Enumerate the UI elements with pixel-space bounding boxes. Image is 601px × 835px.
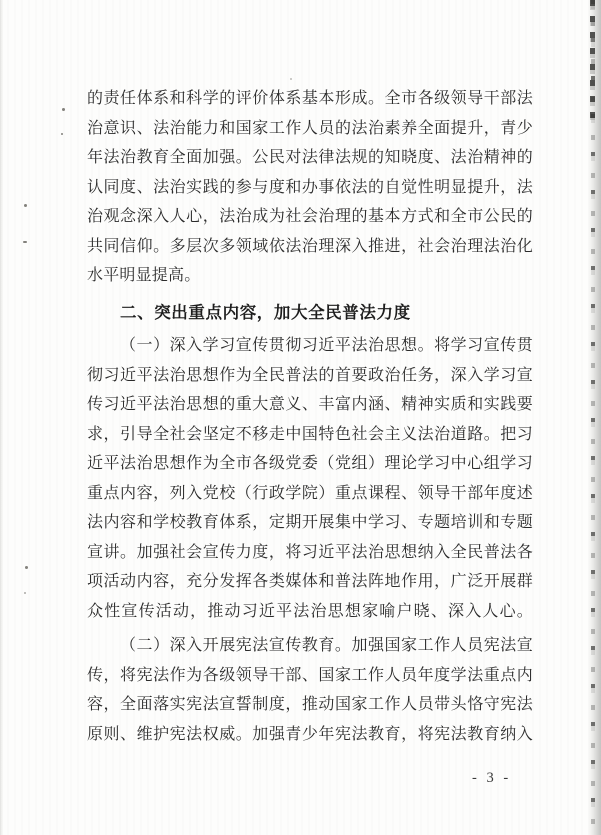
paragraph-item-1: （一）深入学习宣传贯彻习近平法治思想。将学习宣传贯彻习近平法治思想作为全民普法的…: [87, 331, 533, 626]
scan-speck: [61, 133, 63, 135]
text-line: （一）深入学习宣传贯彻习近平法治思想。将学习宣传贯: [87, 331, 533, 361]
text-line: 众性宣传活动，推动习近平法治思想家喻户晓、深入人心。: [87, 597, 533, 627]
scan-speck: [62, 108, 65, 111]
scan-edge-right: [588, 0, 601, 835]
text-line: （二）深入开展宪法宣传教育。加强国家工作人员宪法宣: [87, 631, 533, 661]
text-line: 共同信仰。多层次多领域依法治理深入推进，社会治理法治化: [87, 232, 533, 262]
text-line: 求，引导全社会坚定不移走中国特色社会主义法治道路。把习: [87, 420, 533, 450]
text-line: 宣讲。加强社会宣传力度，将习近平法治思想纳入全民普法各: [87, 538, 533, 568]
scan-speck: [24, 204, 27, 207]
scan-edge-dashes: [591, 0, 595, 835]
text-line: 重点内容，列入党校（行政学院）重点课程、领导干部年度述: [87, 479, 533, 509]
scan-speck: [23, 241, 27, 243]
text-line: 传习近平法治思想的重大意义、丰富内涵、精神实质和实践要: [87, 390, 533, 420]
text-line: 年法治教育全面加强。公民对法律法规的知晓度、法治精神的: [87, 143, 533, 173]
text-line: 的责任体系和科学的评价体系基本形成。全市各级领导干部法: [87, 84, 533, 114]
text-line: 治观念深入人心，法治成为社会治理的基本方式和全市公民的: [87, 202, 533, 232]
text-line: 法内容和学校教育体系，定期开展集中学习、专题培训和专题: [87, 508, 533, 538]
paragraph-item-2: （二）深入开展宪法宣传教育。加强国家工作人员宪法宣传，将宪法作为各级领导干部、国…: [87, 631, 533, 749]
paragraph-continuation: 的责任体系和科学的评价体系基本形成。全市各级领导干部法治意识、法治能力和国家工作…: [87, 84, 533, 291]
scan-speck: [25, 566, 28, 569]
text-line: 彻习近平法治思想作为全民普法的首要政治任务，深入学习宣: [87, 361, 533, 391]
scanned-document-page: { "scan": { "page_number": "- 3 -", "pap…: [0, 0, 601, 835]
document-text-column: 的责任体系和科学的评价体系基本形成。全市各级领导干部法治意识、法治能力和国家工作…: [87, 84, 533, 749]
text-line: 认同度、法治实践的参与度和办事依法的自觉性明显提升，法: [87, 173, 533, 203]
scan-speck: [24, 592, 26, 594]
section-heading-2: 二、突出重点内容，加大全民普法力度: [87, 298, 533, 328]
text-line: 传，将宪法作为各级领导干部、国家工作人员年度学法重点内: [87, 661, 533, 691]
text-line: 近平法治思想作为全市各级党委（党组）理论学习中心组学习: [87, 449, 533, 479]
text-line: 原则、维护宪法权威。加强青少年宪法教育，将宪法教育纳入: [87, 720, 533, 750]
scan-edge-left: [0, 0, 3, 835]
scan-edge-dashes-top: [590, 0, 595, 120]
text-line: 容，全面落实宪法宣誓制度，推动国家工作人员带头恪守宪法: [87, 690, 533, 720]
text-line: 水平明显提高。: [87, 261, 533, 291]
text-line: 治意识、法治能力和国家工作人员的法治素养全面提升，青少: [87, 114, 533, 144]
scan-speck: [290, 78, 292, 80]
page-number: - 3 -: [472, 770, 511, 787]
text-line: 项活动内容，充分发挥各类媒体和普法阵地作用，广泛开展群: [87, 567, 533, 597]
